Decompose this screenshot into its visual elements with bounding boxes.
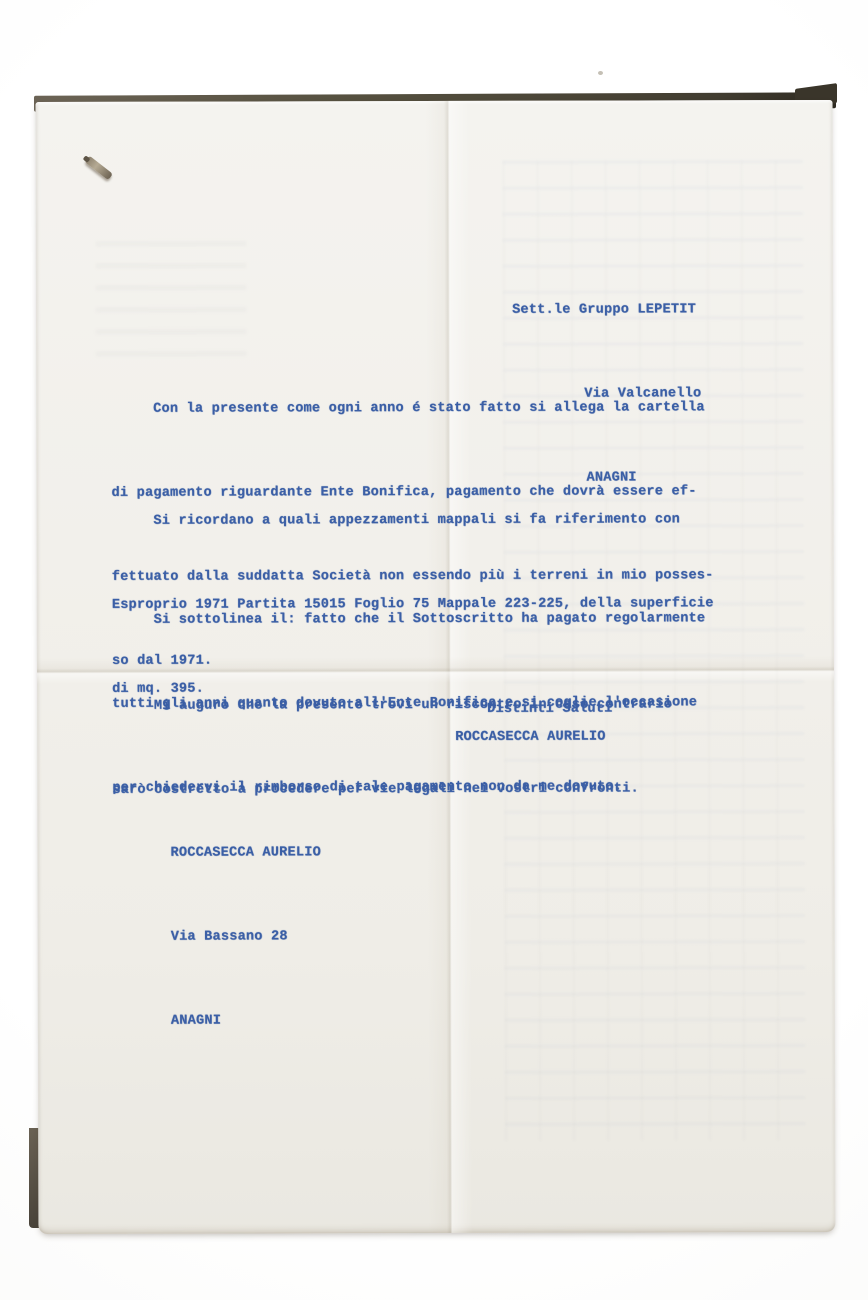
- dust-speck: [598, 71, 603, 75]
- paragraph-line: Con la presente come ogni anno é stato f…: [111, 394, 713, 424]
- closing-signature: ROCCASECCA AURELIO: [455, 724, 606, 752]
- closing-salutation: Distinti Saluti: [487, 696, 612, 724]
- letter-text: Sett.le Gruppo LEPETIT Via Valcanello AN…: [36, 100, 836, 1234]
- paragraph-line: Si sottolinea il: fatto che il Sottoscri…: [112, 605, 705, 635]
- sender-street: Via Bassano 28: [171, 923, 322, 951]
- photo-background: Sett.le Gruppo LEPETIT Via Valcanello AN…: [0, 0, 868, 1300]
- sender-city: ANAGNI: [171, 1007, 322, 1035]
- recipient-name: Sett.le Gruppo LEPETIT: [512, 296, 701, 324]
- sender-address-block: ROCCASECCA AURELIO Via Bassano 28 ANAGNI: [170, 783, 321, 1091]
- paragraph-line: Si ricordano a quali appezzamenti mappal…: [112, 506, 714, 536]
- letter-sheet: Sett.le Gruppo LEPETIT Via Valcanello AN…: [36, 100, 836, 1234]
- sender-name: ROCCASECCA AURELIO: [170, 839, 321, 867]
